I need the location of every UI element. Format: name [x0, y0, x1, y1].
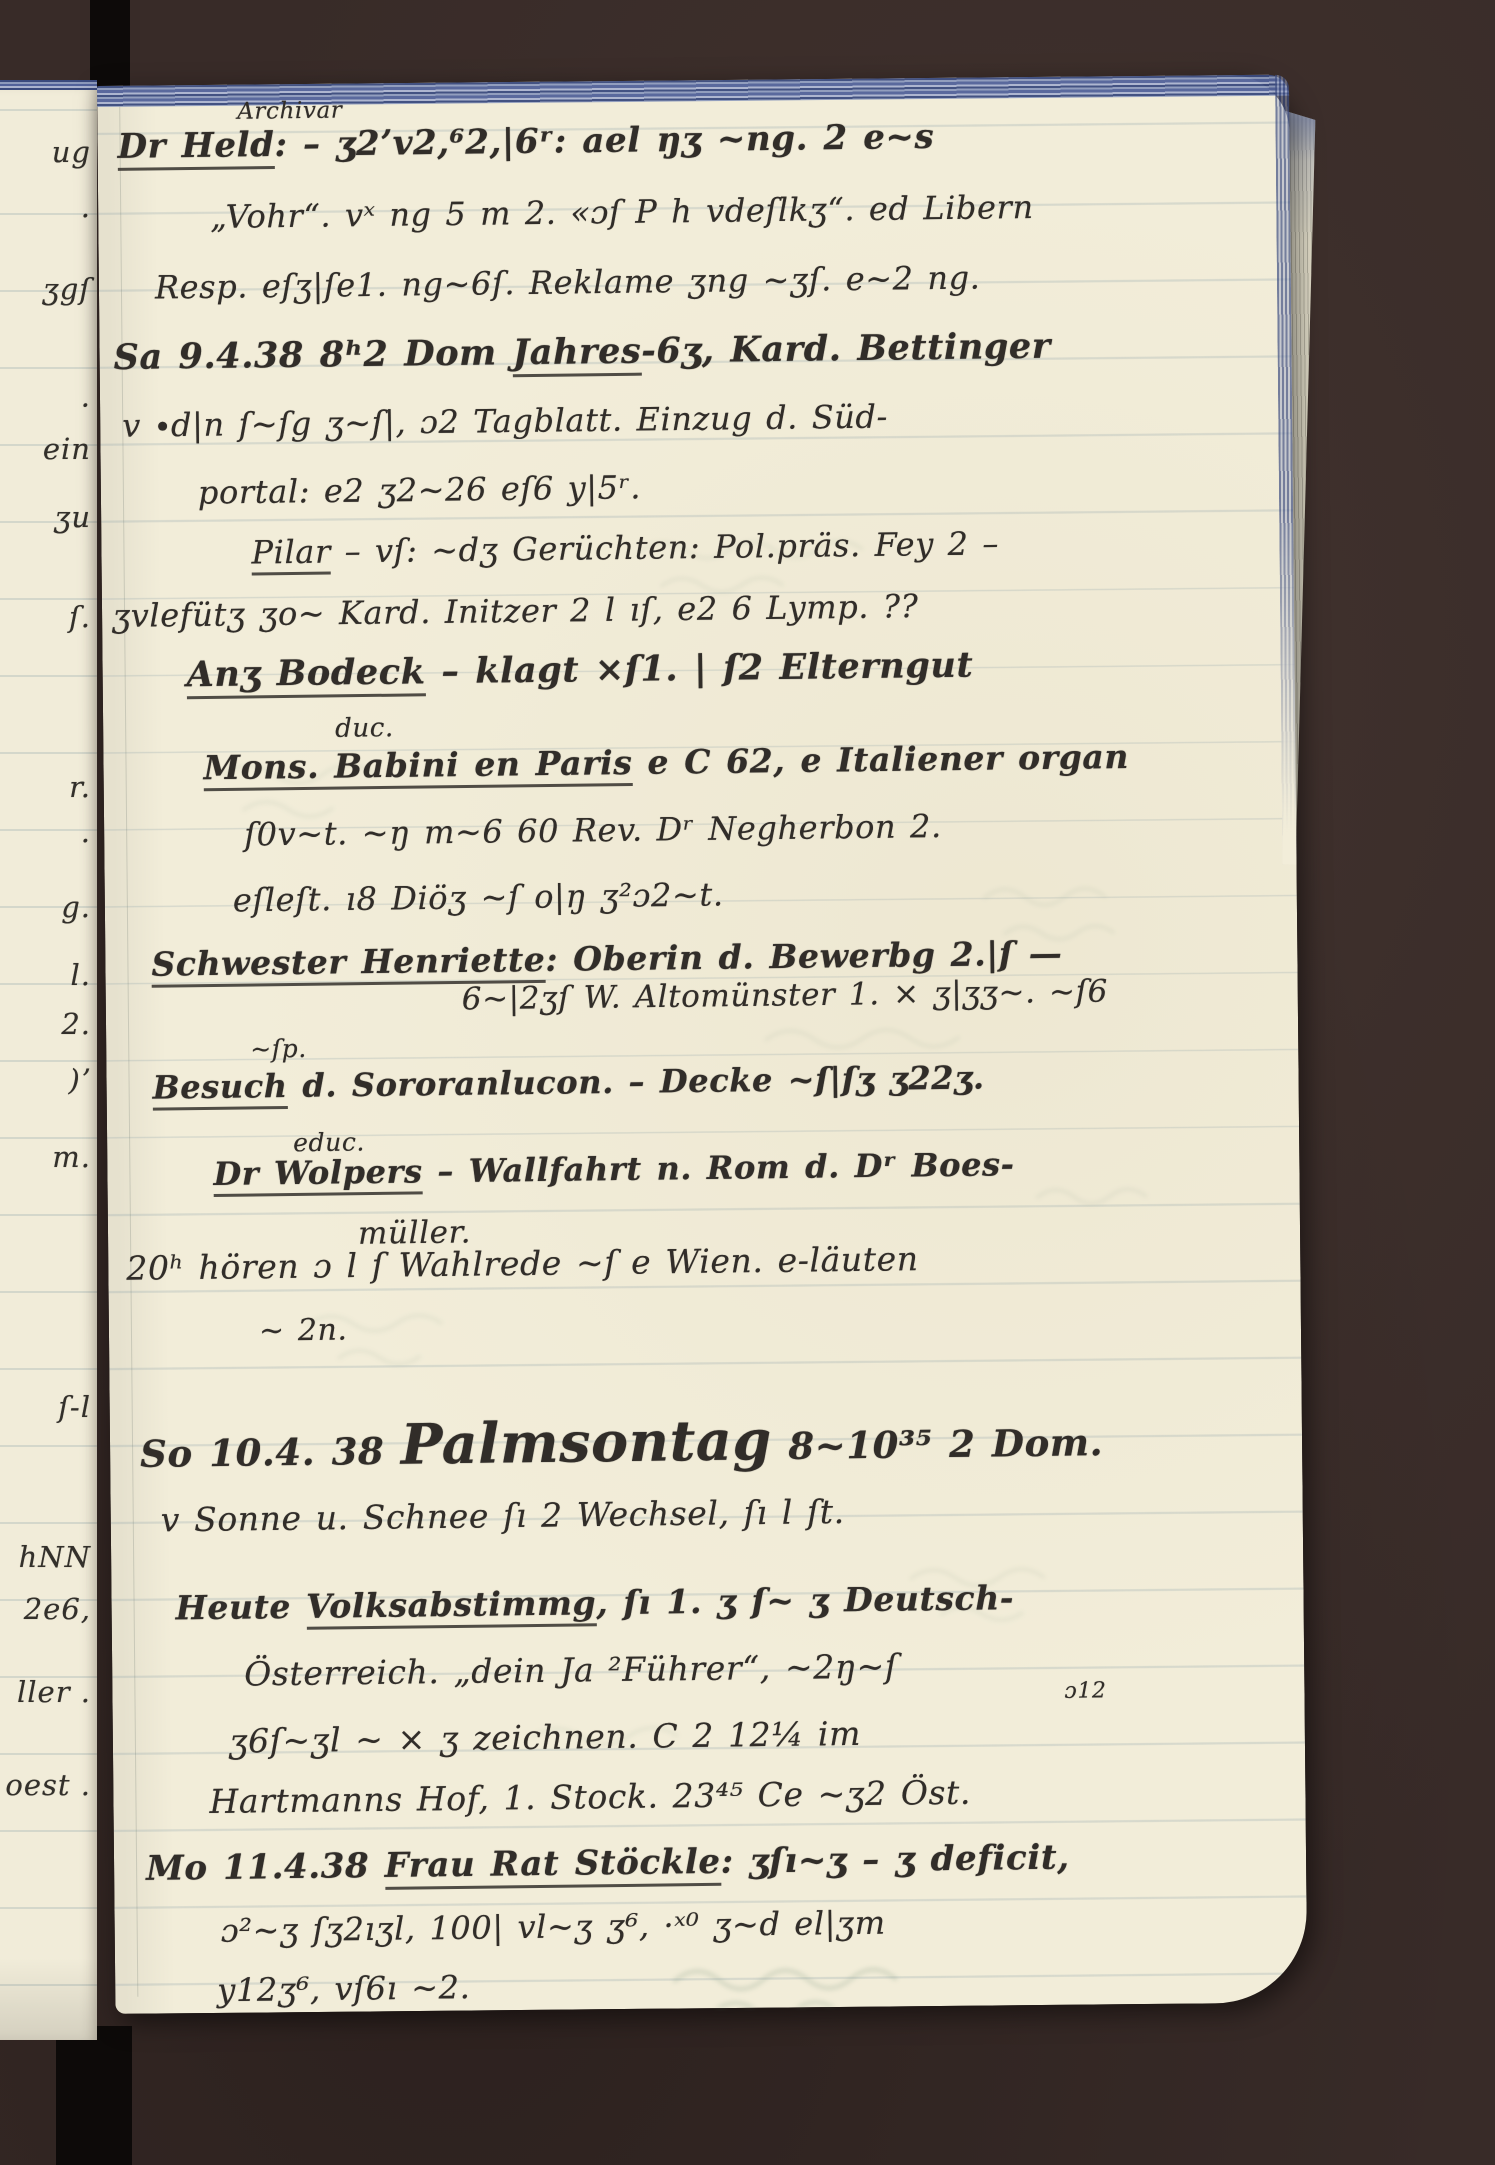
handwriting-underlined-text: Volksabstimmg [306, 1583, 597, 1630]
facing-page-text-fragment: ug [52, 135, 91, 169]
handwriting-text: d. Sororanlucon. – Decke ~ſ|ſʒ ʒ22ʒ. [287, 1058, 984, 1105]
facing-page-text-fragment: )ʼ [68, 1063, 91, 1097]
handwriting-text: 8~10³⁵ 2 Dom. [772, 1420, 1104, 1468]
handwriting-text: ſ0v~t. ~ŋ m~6 60 Rev. Dʳ Negherbon 2. [244, 807, 942, 854]
handwriting-line: Besuch d. Sororanlucon. – Decke ~ſ|ſʒ ʒ2… [152, 1058, 984, 1106]
handwriting-text: Archivar [237, 98, 342, 125]
handwriting-underlined-text: Frau Rat Stöckle [384, 1842, 721, 1890]
handwriting-text: : – ʒ2ʼv2,⁶2,|6ʳ: ael ŋʒ ~ng. 2 e~s [274, 117, 934, 165]
handwriting-text: ~ſp. [250, 1034, 307, 1064]
handwriting-line: ~ſp. [250, 1034, 307, 1064]
handwriting-line: Mo 11.4.38 Frau Rat Stöckle: ʒſı~ʒ – ʒ d… [146, 1838, 1070, 1889]
handwriting-text: Heute [175, 1587, 306, 1628]
handwriting-line: Resp. eſʒ|ſe1. ng~6ſ. Reklame ʒng ~ʒſ. e… [155, 258, 981, 306]
handwriting-text: eſleſt. ı8 Diöʒ ~ſ o|ŋ ʒ²ɔ2~t. [233, 875, 724, 919]
facing-page-text-fragment: . [81, 815, 91, 849]
facing-page-text-fragment: . [81, 190, 91, 224]
handwriting-text: v Sonne u. Schnee ſı 2 Wechsel, ſı l ſt. [161, 1492, 845, 1539]
handwriting-text: Hartmanns Hof, 1. Stock. 23⁴⁵ Ce ~ʒ2 Öst… [209, 1773, 971, 1821]
handwriting-text: : Oberin d. Bewerbg 2.|ſ — [545, 934, 1062, 979]
handwriting-text: -6ʒ, Kard. Bettinger [641, 326, 1051, 372]
handwriting-text: So 10.4. 38 [140, 1429, 401, 1476]
handwriting-line: ~ 2n. [259, 1313, 348, 1349]
facing-page-text-fragment: r. [69, 770, 91, 804]
handwriting-line: So 10.4. 38 Palmsontag 8~10³⁵ 2 Dom. [140, 1415, 1104, 1476]
facing-page-text-fragment: ʒu [54, 500, 91, 534]
handwriting-text: , ſı 1. ʒ ſ~ ʒ Deutsch- [596, 1578, 1014, 1622]
handwriting-underlined-text: Anʒ Bodeck [186, 651, 425, 699]
handwriting-line: ſ0v~t. ~ŋ m~6 60 Rev. Dʳ Negherbon 2. [244, 807, 942, 854]
handwriting-text: Resp. eſʒ|ſe1. ng~6ſ. Reklame ʒng ~ʒſ. e… [155, 258, 981, 306]
facing-page-text-fragment: ſ. [69, 600, 91, 634]
facing-page-text-fragment: oest . [5, 1768, 91, 1802]
handwriting-line: ɔ12 [1064, 1678, 1106, 1704]
handwriting-text: – vſ: ~dʒ Gerüchten: Pol.präs. Fey 2 – [331, 524, 1000, 570]
handwriting-text: ʒvlefütʒ ʒo~ Kard. Initzer 2 l ıſ, e2 6 … [112, 587, 919, 635]
handwriting-line: Anʒ Bodeck – klagt ×ſ1. | ſ2 Elterngut [186, 645, 973, 696]
facing-page-text-fragment: m. [52, 1140, 91, 1174]
handwriting-line: Hartmanns Hof, 1. Stock. 23⁴⁵ Ce ~ʒ2 Öst… [209, 1773, 971, 1821]
handwriting-text: ɔ12 [1064, 1678, 1106, 1704]
handwriting-text: ɔ²~ʒ ſʒ2ıʒl, 100| vl~ʒ ʒ⁶, ·ˣ⁰ ʒ~d el|ʒm [220, 1904, 885, 1950]
handwriting-line: 6~|2ʒſ W. Altomünster 1. × ʒ|ʒʒ~. ~ſ6 [462, 973, 1109, 1017]
handwriting-text: Österreich. „dein Ja ²Führer“, ~2ŋ~ſ [244, 1647, 898, 1694]
handwriting-line: ʒ6ſ~ʒl ~ × ʒ zeichnen. C 2 12¼ im [229, 1714, 862, 1761]
handwriting-line: „Vohr“. vˣ ng 5 m 2. «ɔſ P h vdeſlkʒ“. e… [210, 188, 1034, 236]
handwriting-underlined-text: Jahres [512, 331, 641, 378]
handwriting-text: ʒ6ſ~ʒl ~ × ʒ zeichnen. C 2 12¼ im [229, 1714, 862, 1761]
handwriting-line: Archivar [237, 98, 342, 125]
handwriting-line: 20ʰ hören ɔ l ſ Wahlrede ~ſ e Wien. e-lä… [126, 1239, 919, 1288]
handwriting-line: eſleſt. ı8 Diöʒ ~ſ o|ŋ ʒ²ɔ2~t. [233, 875, 724, 919]
handwriting-line: Mons. Babini en Paris e C 62, e Italiene… [203, 737, 1129, 787]
facing-page-text-fragment: ſ-l [58, 1390, 91, 1424]
facing-page-text-fragment: g. [61, 890, 91, 924]
handwriting-line: v ∙d|n ſ~ſg ʒ~ſ|, ɔ2 Tagblatt. Einzug d.… [122, 397, 888, 444]
handwriting-text: Mo 11.4.38 [146, 1846, 385, 1889]
facing-page-text-fragment: ller . [17, 1675, 91, 1709]
handwriting-line: duc. [335, 713, 394, 744]
handwriting-text: y12ʒ⁶, vſ6ı ~2. [217, 1968, 471, 2009]
handwriting-underlined-text: Besuch [152, 1067, 288, 1111]
facing-page-text-fragment: 2. [61, 1007, 91, 1041]
facing-page-text-fragment: l. [71, 958, 92, 992]
handwriting-line: Pilar – vſ: ~dʒ Gerüchten: Pol.präs. Fey… [251, 524, 999, 571]
handwriting-line: ɔ²~ʒ ſʒ2ıʒl, 100| vl~ʒ ʒ⁶, ·ˣ⁰ ʒ~d el|ʒm [220, 1904, 885, 1950]
handwriting-text: 6~|2ʒſ W. Altomünster 1. × ʒ|ʒʒ~. ~ſ6 [462, 973, 1109, 1017]
book-gutter-shadow-bottom [56, 2026, 132, 2165]
diary-photo: ug.ʒgſ·einʒuſ.r..g.l.2.)ʼm.ſ-lhNN2e6,lle… [0, 0, 1495, 2165]
handwriting-line: y12ʒ⁶, vſ6ı ~2. [217, 1968, 471, 2009]
handwriting-text: v ∙d|n ſ~ſg ʒ~ſ|, ɔ2 Tagblatt. Einzug d.… [122, 397, 888, 444]
facing-page-text-fragment: ʒgſ [42, 272, 91, 306]
handwriting-layer: ArchivarDr Held: – ʒ2ʼv2,⁶2,|6ʳ: ael ŋʒ … [97, 75, 1307, 2014]
handwriting-underlined-text: Dr Wolpers [213, 1152, 423, 1197]
handwriting-line: Heute Volksabstimmg, ſı 1. ʒ ſ~ ʒ Deutsc… [175, 1578, 1014, 1627]
handwriting-line: v Sonne u. Schnee ſı 2 Wechsel, ſı l ſt. [161, 1492, 845, 1539]
handwriting-text: – klagt ×ſ1. | ſ2 Elterngut [425, 645, 973, 693]
handwriting-text: „Vohr“. vˣ ng 5 m 2. «ɔſ P h vdeſlkʒ“. e… [210, 188, 1034, 236]
handwriting-line: Österreich. „dein Ja ²Führer“, ~2ŋ~ſ [244, 1647, 898, 1694]
handwriting-underlined-text: Mons. Babini en Paris [203, 743, 632, 791]
handwriting-line: Sa 9.4.38 8ʰ2 Dom Jahres-6ʒ, Kard. Betti… [113, 326, 1051, 378]
handwriting-text: portal: e2 ʒ2~26 eſ6 y|5ʳ. [198, 468, 642, 511]
handwriting-text: Sa 9.4.38 8ʰ2 Dom [113, 332, 512, 378]
facing-page-text-fragment: · [81, 388, 91, 422]
handwriting-text: duc. [335, 713, 394, 744]
handwriting-line: ʒvlefütʒ ʒo~ Kard. Initzer 2 l ıſ, e2 6 … [112, 587, 919, 635]
diary-page: ArchivarDr Held: – ʒ2ʼv2,⁶2,|6ʳ: ael ŋʒ … [97, 75, 1307, 2014]
handwriting-text: 20ʰ hören ɔ l ſ Wahlrede ~ſ e Wien. e-lä… [126, 1239, 919, 1288]
handwriting-line: Dr Held: – ʒ2ʼv2,⁶2,|6ʳ: ael ŋʒ ~ng. 2 e… [117, 117, 934, 167]
handwriting-text: – Wallfahrt n. Rom d. Dʳ Boes- [422, 1145, 1014, 1190]
facing-page-text-fragment: ein [43, 432, 91, 466]
handwriting-text: : ʒſı~ʒ – ʒ deficit, [720, 1838, 1069, 1882]
handwriting-underlined-text: Pilar [251, 533, 331, 576]
facing-page-text-fragment: hNN [19, 1540, 91, 1574]
handwriting-line: portal: e2 ʒ2~26 eſ6 y|5ʳ. [198, 468, 642, 511]
facing-page-text-fragment: 2e6, [24, 1592, 91, 1626]
handwriting-underlined-text: Palmsontag [400, 1408, 772, 1479]
handwriting-underlined-text: Dr Held [117, 125, 274, 171]
handwriting-text: e C 62, e Italiener organ [632, 737, 1129, 782]
facing-page-sliver: ug.ʒgſ·einʒuſ.r..g.l.2.)ʼm.ſ-lhNN2e6,lle… [0, 88, 97, 2040]
handwriting-text: ~ 2n. [259, 1313, 348, 1349]
